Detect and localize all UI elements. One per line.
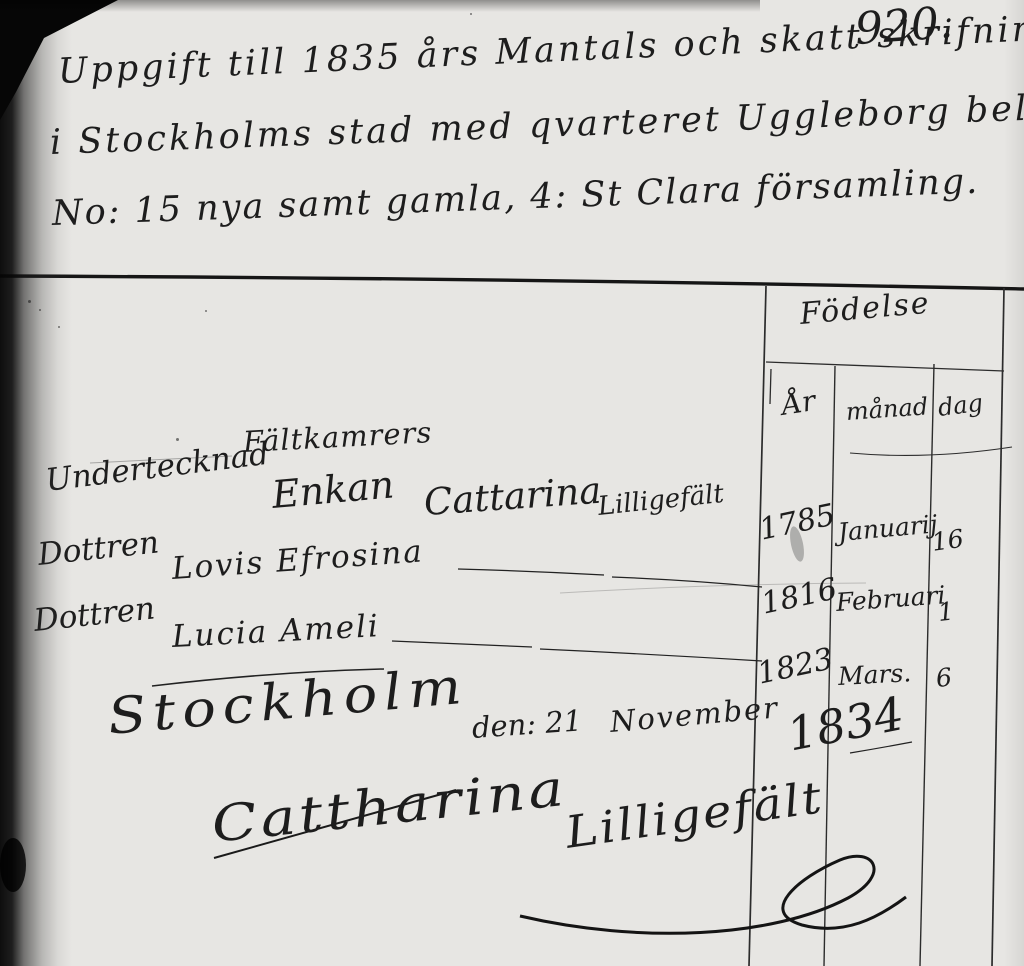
paper-speck xyxy=(176,438,179,441)
column-header-day: dag xyxy=(937,391,985,420)
row1-title: Enkan xyxy=(270,465,395,514)
row2-birth-day: 1 xyxy=(937,598,955,625)
paper-speck xyxy=(58,326,60,328)
column-header-year: År xyxy=(780,387,818,420)
paper-speck xyxy=(205,310,207,312)
paper-speck xyxy=(470,13,472,15)
column-header-month: månad xyxy=(845,394,929,424)
row2-birth-month: Februari xyxy=(835,582,946,615)
footer-date-day: den: 21 xyxy=(471,706,583,743)
paper-speck xyxy=(28,300,31,303)
scanned-document-page: 920. Uppgift till 1835 års Mantals och s… xyxy=(0,0,1024,966)
row3-birth-day: 6 xyxy=(935,664,953,691)
paper-speck xyxy=(39,309,41,311)
row3-birth-month: Mars. xyxy=(837,660,911,689)
row1-birth-day: 16 xyxy=(930,526,965,555)
